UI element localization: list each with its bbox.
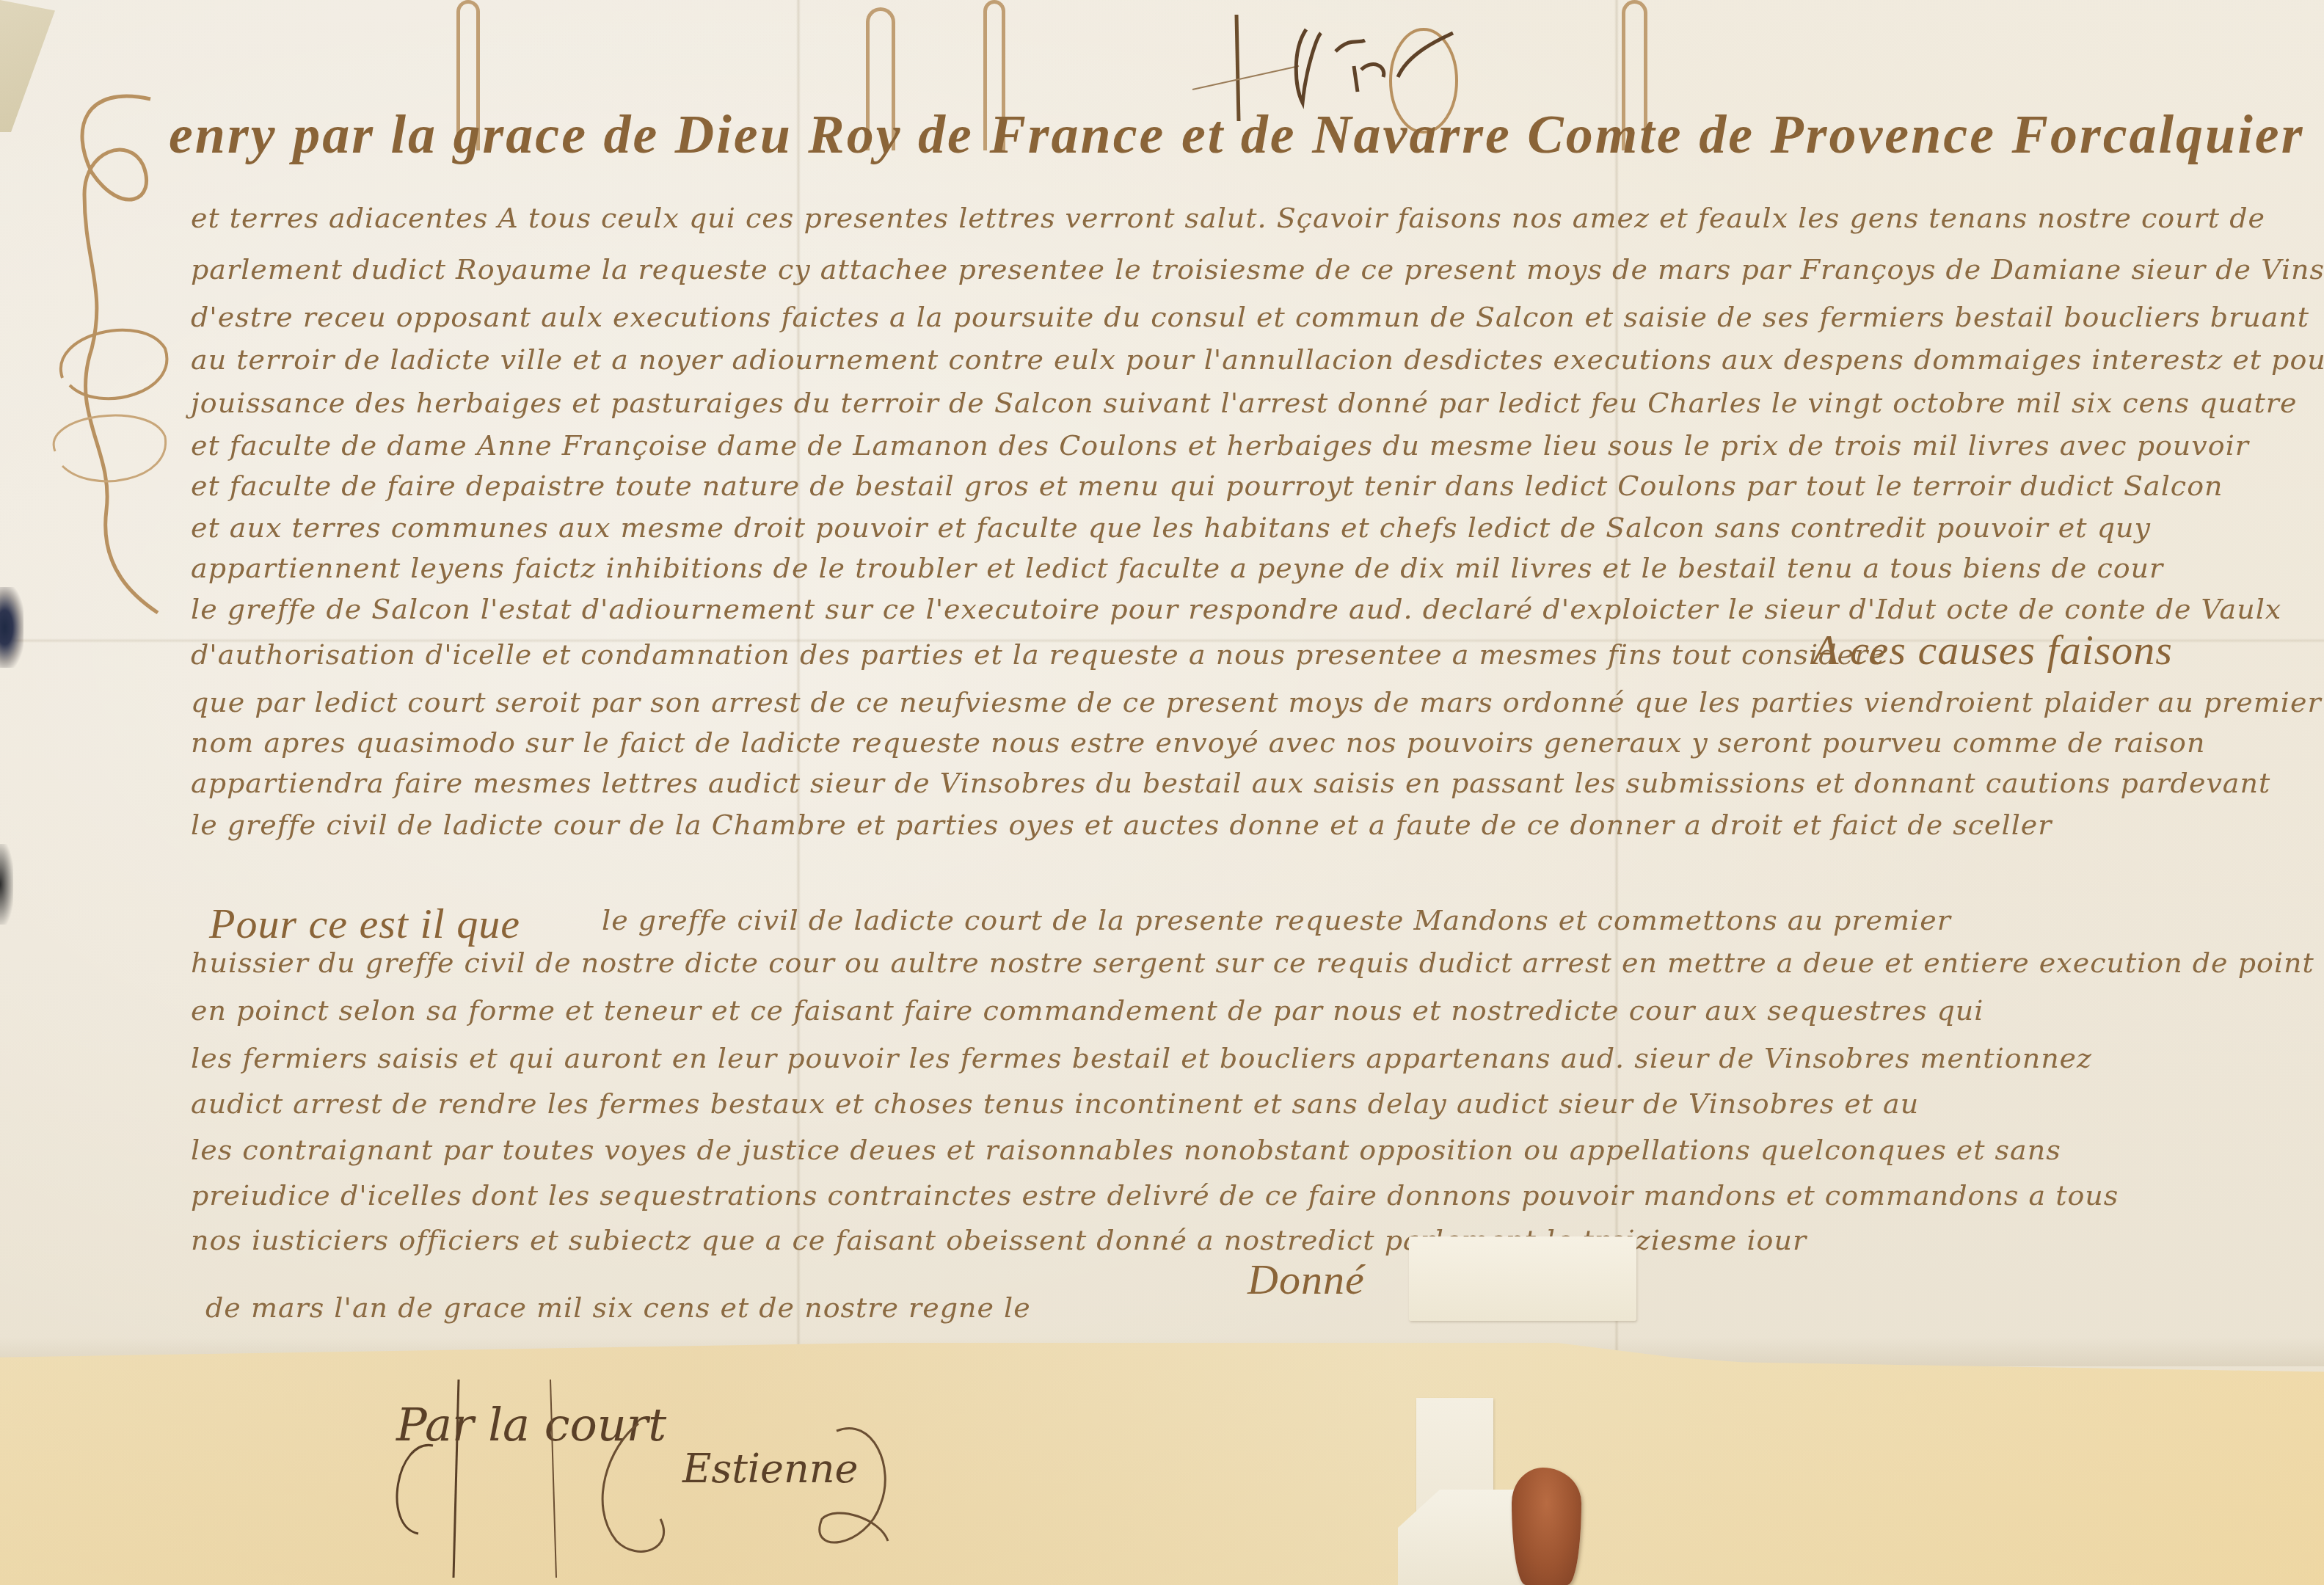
body-line: au terroir de ladicte ville et a noyer a… [191,343,2324,376]
signature-flourish-icon [367,1358,1027,1585]
body-line: preiudice d'icelles dont les sequestrati… [191,1179,2119,1211]
body-line: et faculte de faire depaistre toute natu… [191,470,2223,502]
body-line: et terres adiacentes A tous ceulx qui ce… [191,202,2265,234]
emphasized-phrase: A ces causes faisons [1813,625,2173,674]
letter-text-body: enry par la grace de Dieu Roy de France … [0,0,2324,1350]
body-line: appartiendra faire mesmes lettres audict… [191,767,2270,799]
title-line: enry par la grace de Dieu Roy de France … [169,104,2304,167]
body-line: et faculte de dame Anne Françoise dame d… [191,429,2249,462]
body-line: parlement dudict Royaume la requeste cy … [191,253,2324,285]
body-line: le greffe civil de ladicte court de la p… [602,904,1951,936]
body-line: huissier du greffe civil de nostre dicte… [191,947,2314,979]
emphasized-phrase: Donné [1247,1255,1365,1304]
body-line: en poinct selon sa forme et teneur et ce… [191,994,1984,1027]
body-line: le greffe civil de ladicte cour de la Ch… [191,809,2052,841]
body-line: nom apres quasimodo sur le faict de ladi… [191,726,2205,759]
body-line: d'authorisation d'icelle et condamnation… [191,638,1886,671]
body-line: que par ledict court seroit par son arre… [191,686,2322,718]
emphasized-phrase: Pour ce est il que [209,899,520,948]
body-line: appartiennent leyens faictz inhibitions … [191,552,2163,584]
body-line: de mars l'an de grace mil six cens et de… [205,1291,1031,1324]
body-line: jouissance des herbaiges et pasturaiges … [191,387,2297,419]
parchment-sheet: enry par la grace de Dieu Roy de France … [0,0,2324,1585]
body-line: les contraignant par toutes voyes de jus… [191,1134,2061,1166]
body-line: et aux terres communes aux mesme droit p… [191,511,2151,544]
body-line: d'estre receu opposant aulx executions f… [191,301,2309,333]
body-line: audict arrest de rendre les fermes besta… [191,1087,1919,1120]
body-line: le greffe de Salcon l'estat d'adiourneme… [191,593,2281,625]
body-line: les fermiers saisis et qui auront en leu… [191,1042,2092,1074]
wax-seal-fragment [1512,1468,1581,1585]
seal-tag-upper [1409,1236,1636,1321]
folded-plica [0,1343,2324,1585]
